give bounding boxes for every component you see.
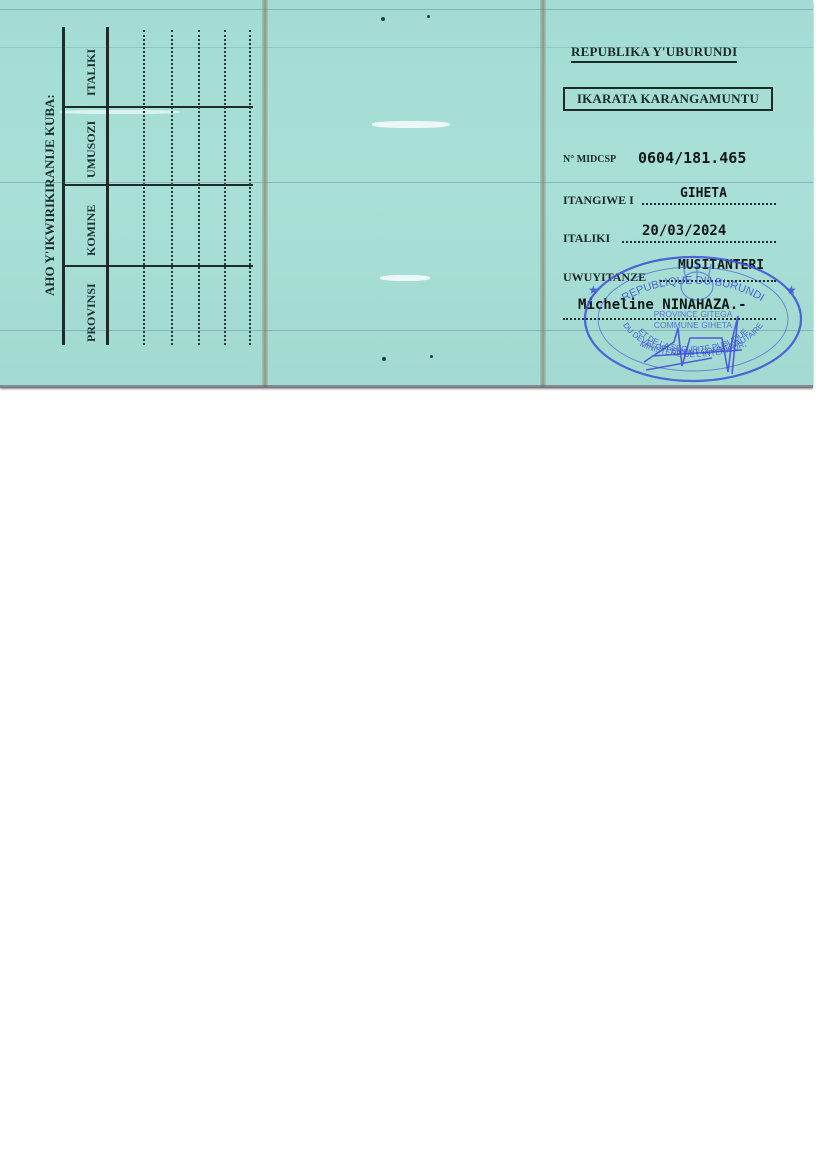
guide-line — [0, 182, 813, 183]
punch-hole — [427, 15, 430, 18]
stamp-bottom-text-2: DU DEVELOPPEMENT COMMUNAUTAIRE — [621, 321, 765, 357]
table-border — [106, 27, 109, 345]
laminate-scratch — [60, 110, 180, 114]
laminate-scratch — [372, 121, 450, 128]
id-number-value: 0604/181.465 — [638, 149, 746, 167]
column-header-komine: KOMINE — [84, 205, 99, 256]
table-heading: AHO Y'IKWIRIKIRANIJE KUBA: — [42, 94, 58, 296]
issued-at-label: ITANGIWE I — [563, 193, 634, 208]
punch-hole — [430, 355, 433, 358]
guide-line — [0, 9, 813, 10]
dotted-fill-line — [563, 318, 776, 320]
star-icon: ★ — [588, 283, 599, 297]
guide-line — [0, 330, 813, 331]
entry-dotted-line — [249, 30, 251, 345]
table-border — [62, 27, 65, 345]
dotted-fill-line — [660, 280, 776, 282]
dotted-fill-line — [642, 203, 776, 205]
punch-hole — [382, 357, 386, 361]
laminate-scratch — [380, 275, 430, 281]
official-name: Micheline NINAHAZA.- — [578, 297, 747, 313]
star-icon: ★ — [786, 283, 797, 297]
signature — [644, 316, 742, 374]
fold-line — [262, 0, 268, 387]
column-header-provinsi: PROVINSI — [84, 283, 99, 342]
issued-at-value: GIHETA — [680, 186, 727, 201]
card-edge-shadow — [0, 385, 813, 388]
entry-dotted-line — [198, 30, 200, 345]
country-title: REPUBLIKA Y'UBURUNDI — [571, 44, 737, 63]
stamp-commune: COMMUNE GIHETA — [654, 320, 733, 330]
entry-dotted-line — [171, 30, 173, 345]
punch-hole — [381, 17, 385, 21]
issued-by-value: MUSITANTERI — [678, 258, 764, 273]
document-title: IKARATA KARANGAMUNTU — [563, 87, 773, 111]
identity-card: AHO Y'IKWIRIKIRANIJE KUBA: PROVINSI KOMI… — [0, 0, 813, 387]
date-label: ITALIKI — [563, 231, 610, 246]
svg-text:MINISTERE DE L'INTERIEUR,: MINISTERE DE L'INTERIEUR, — [638, 339, 747, 359]
dotted-fill-line — [622, 241, 776, 243]
column-header-umusozi: UMUSOZI — [84, 121, 99, 178]
svg-text:DU DEVELOPPEMENT COMMUNAUTAIRE: DU DEVELOPPEMENT COMMUNAUTAIRE — [621, 321, 765, 357]
issued-by-label: UWUYITANZE — [563, 270, 646, 285]
id-number-label: N° MIDCSP — [563, 154, 616, 165]
entry-dotted-line — [143, 30, 145, 345]
stamp-bottom-text-1: MINISTERE DE L'INTERIEUR, — [638, 339, 747, 359]
fold-line — [540, 0, 546, 387]
date-value: 20/03/2024 — [642, 223, 726, 239]
entry-dotted-line — [224, 30, 226, 345]
column-header-italiki: ITALIKI — [84, 49, 99, 96]
